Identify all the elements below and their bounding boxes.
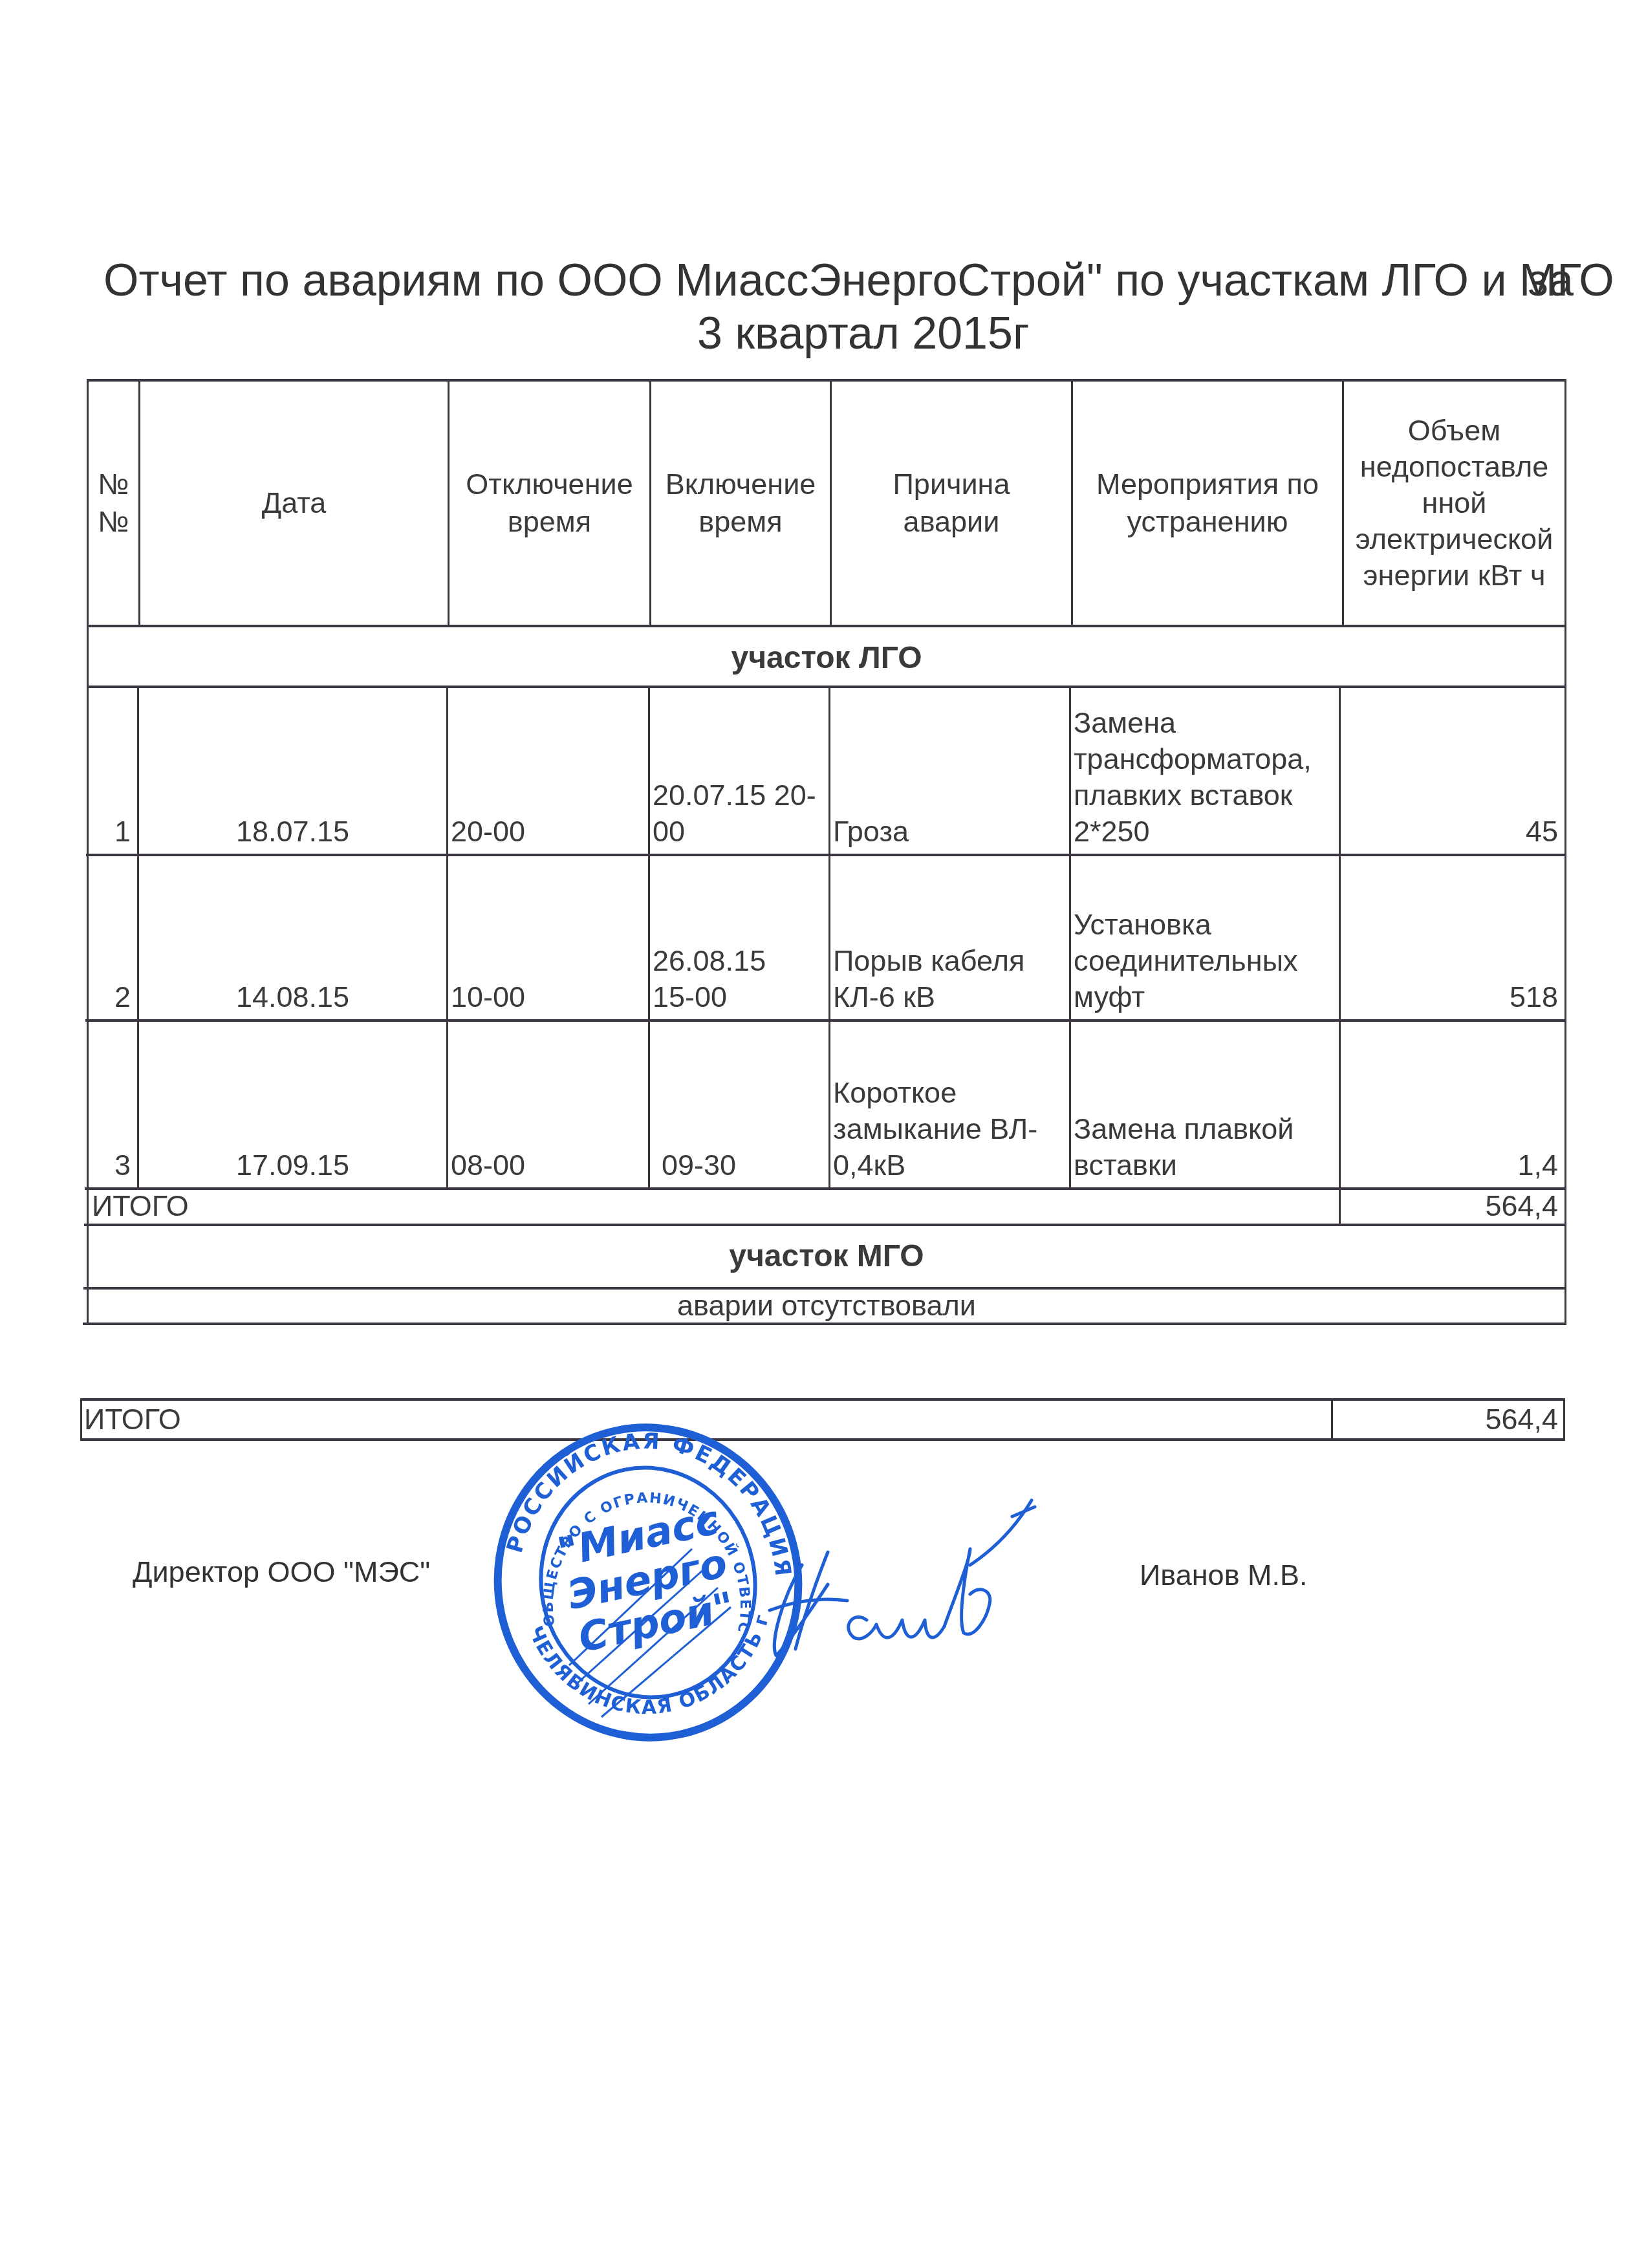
report-title: Отчет по авариям по ООО МиассЭнергоСтрой… [103,257,1614,303]
grand-total-value: 564,4 [1334,1401,1558,1438]
row-volume: 518 [1341,856,1565,1019]
header-volume-line: недопоставле [1360,449,1548,485]
header-on-time-line: время [698,503,782,541]
header-measures: Мероприятия по устранению [1073,382,1342,625]
header-volume: Объем недопоставле нной электрической эн… [1344,382,1565,625]
signatory-position: Директор ООО "МЭС" [133,1555,430,1589]
report-title-za: за [1528,257,1574,303]
row-num: 1 [89,688,137,854]
row-on-time: 09-30 [650,1022,828,1187]
row-off-time: 08-00 [448,1022,648,1187]
header-volume-line: Объем [1408,413,1500,449]
header-measures-line: Мероприятия по [1096,466,1319,503]
header-volume-line: энергии кВт ч [1363,557,1546,594]
header-on-time: Включение время [651,382,830,625]
row-date: 14.08.15 [139,856,446,1019]
header-volume-line: электрической [1356,521,1554,557]
mgo-note: аварии отсутствовали [89,1290,1565,1323]
row-on-time: 26.08.15 15-00 [650,856,828,1019]
section-title-lgo: участок ЛГО [89,640,1565,676]
header-volume-line: нной [1422,485,1487,521]
header-cause-line: аварии [904,503,1000,541]
header-num: № № [89,382,138,625]
row-cause: Порыв кабеля КЛ-6 кВ [830,856,1069,1019]
section-title-mgo: участок МГО [89,1238,1565,1274]
row-off-time: 20-00 [448,688,648,854]
lgo-total-label: ИТОГО [91,1189,608,1224]
row-on-time: 20.07.15 20- 00 [650,688,828,854]
row-num: 3 [89,1022,137,1187]
row-off-time: 10-00 [448,856,648,1019]
header-date-label: Дата [262,484,327,522]
header-off-time: Отключение время [449,382,649,625]
row-measures: Установка соединительных муфт [1071,856,1339,1019]
header-cause: Причина аварии [832,382,1071,625]
header-date: Дата [140,382,448,625]
row-date: 18.07.15 [139,688,446,854]
report-period: 3 квартал 2015г [697,310,1029,356]
header-off-time-line: Отключение [466,466,633,503]
row-cause: Гроза [830,688,1069,854]
row-measures: Замена трансформатора, плавких вставок 2… [1071,688,1339,854]
header-measures-line: устранению [1127,503,1288,541]
header-num-line: № [98,503,129,541]
row-volume: 45 [1341,688,1565,854]
row-date: 17.09.15 [139,1022,446,1187]
header-cause-line: Причина [893,466,1010,503]
header-off-time-line: время [508,503,591,541]
row-num: 2 [89,856,137,1019]
signature-scribble-icon [757,1487,1041,1669]
header-on-time-line: Включение [666,466,816,503]
header-num-line: № [98,466,129,503]
signatory-name: Иванов М.В. [1140,1559,1308,1592]
row-volume: 1,4 [1341,1022,1565,1187]
row-cause: Короткое замыкание ВЛ- 0,4кВ [830,1022,1069,1187]
lgo-total-value: 564,4 [1341,1189,1558,1224]
row-measures: Замена плавкой вставки [1071,1022,1339,1187]
